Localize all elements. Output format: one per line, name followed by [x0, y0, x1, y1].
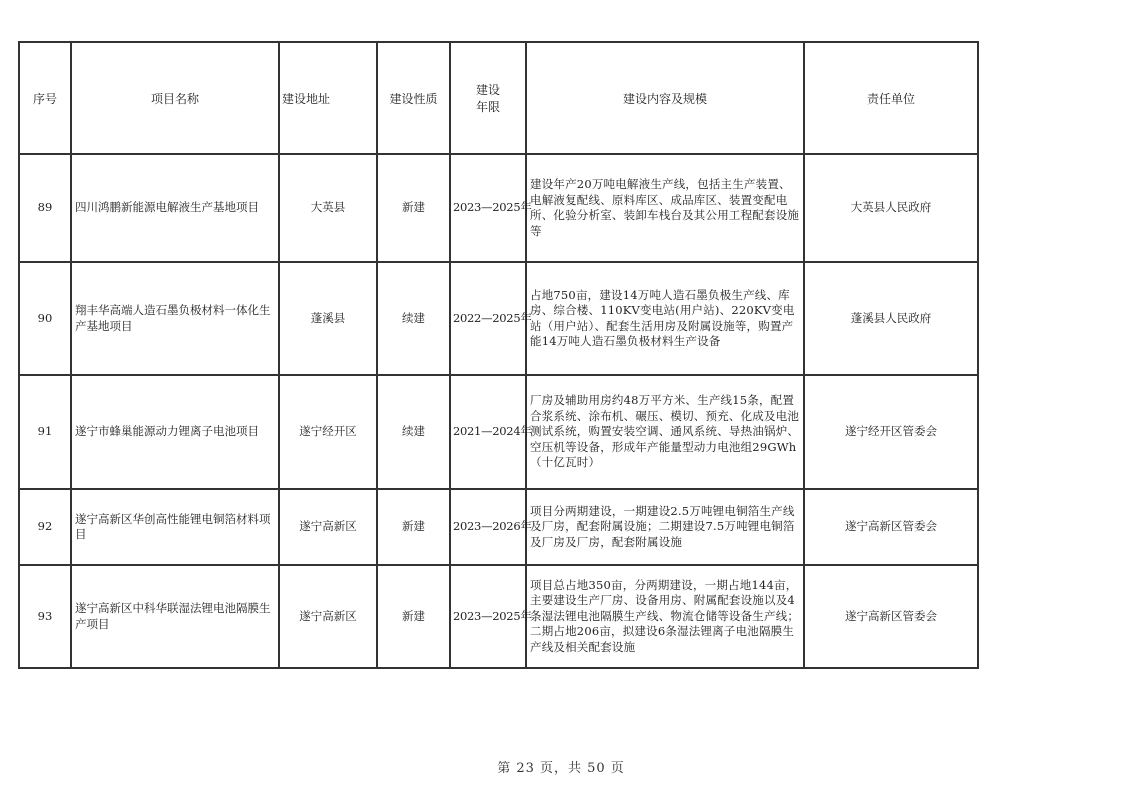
cell-nature: 新建	[377, 565, 450, 668]
cell-location: 遂宁经开区	[279, 375, 377, 489]
cell-location: 大英县	[279, 154, 377, 262]
cell-name: 遂宁市蜂巢能源动力锂离子电池项目	[71, 375, 279, 489]
cell-unit: 遂宁高新区管委会	[804, 565, 978, 668]
cell-seq: 90	[19, 262, 71, 375]
cell-nature: 新建	[377, 154, 450, 262]
header-nature: 建设性质	[377, 42, 450, 154]
cell-content: 项目分两期建设，一期建设2.5万吨锂电铜箔生产线及厂房，配套附属设施；二期建设7…	[526, 489, 804, 565]
header-location: 建设地址	[279, 42, 377, 154]
cell-content: 厂房及辅助用房约48万平方米、生产线15条，配置合浆系统、涂布机、碾压、模切、预…	[526, 375, 804, 489]
header-period-line2: 年限	[451, 98, 525, 115]
cell-unit: 遂宁经开区管委会	[804, 375, 978, 489]
header-seq: 序号	[19, 42, 71, 154]
cell-seq: 92	[19, 489, 71, 565]
cell-nature: 续建	[377, 262, 450, 375]
header-row: 序号 项目名称 建设地址 建设性质 建设 年限 建设内容及规模 责任单位	[19, 42, 978, 154]
cell-period: 2023—2026年	[450, 489, 526, 565]
header-name: 项目名称	[71, 42, 279, 154]
cell-location: 遂宁高新区	[279, 565, 377, 668]
cell-seq: 93	[19, 565, 71, 668]
header-unit: 责任单位	[804, 42, 978, 154]
header-period-line1: 建设	[451, 81, 525, 98]
cell-seq: 89	[19, 154, 71, 262]
cell-content: 占地750亩，建设14万吨人造石墨负极生产线、库房、综合楼、110KV变电站(用…	[526, 262, 804, 375]
cell-location: 遂宁高新区	[279, 489, 377, 565]
table-row: 93 遂宁高新区中科华联湿法锂电池隔膜生产项目 遂宁高新区 新建 2023—20…	[19, 565, 978, 668]
cell-nature: 新建	[377, 489, 450, 565]
cell-unit: 大英县人民政府	[804, 154, 978, 262]
cell-unit: 遂宁高新区管委会	[804, 489, 978, 565]
project-table: 序号 项目名称 建设地址 建设性质 建设 年限 建设内容及规模 责任单位 89 …	[18, 41, 979, 669]
cell-period: 2023—2025年	[450, 565, 526, 668]
cell-unit: 蓬溪县人民政府	[804, 262, 978, 375]
cell-seq: 91	[19, 375, 71, 489]
cell-period: 2023—2025年	[450, 154, 526, 262]
cell-name: 四川鸿鹏新能源电解液生产基地项目	[71, 154, 279, 262]
cell-content: 项目总占地350亩，分两期建设，一期占地144亩，主要建设生产厂房、设备用房、附…	[526, 565, 804, 668]
cell-period: 2021—2024年	[450, 375, 526, 489]
cell-name: 遂宁高新区华创高性能锂电铜箔材料项目	[71, 489, 279, 565]
table-row: 92 遂宁高新区华创高性能锂电铜箔材料项目 遂宁高新区 新建 2023—2026…	[19, 489, 978, 565]
header-content: 建设内容及规模	[526, 42, 804, 154]
page-number: 第 23 页，共 50 页	[0, 757, 1122, 776]
cell-location: 蓬溪县	[279, 262, 377, 375]
cell-name: 翔丰华高端人造石墨负极材料一体化生产基地项目	[71, 262, 279, 375]
cell-period: 2022—2025年	[450, 262, 526, 375]
cell-content: 建设年产20万吨电解液生产线，包括主生产装置、电解液复配线、原料库区、成品库区、…	[526, 154, 804, 262]
header-period: 建设 年限	[450, 42, 526, 154]
cell-name: 遂宁高新区中科华联湿法锂电池隔膜生产项目	[71, 565, 279, 668]
cell-nature: 续建	[377, 375, 450, 489]
table-row: 90 翔丰华高端人造石墨负极材料一体化生产基地项目 蓬溪县 续建 2022—20…	[19, 262, 978, 375]
table-row: 89 四川鸿鹏新能源电解液生产基地项目 大英县 新建 2023—2025年 建设…	[19, 154, 978, 262]
table-row: 91 遂宁市蜂巢能源动力锂离子电池项目 遂宁经开区 续建 2021—2024年 …	[19, 375, 978, 489]
